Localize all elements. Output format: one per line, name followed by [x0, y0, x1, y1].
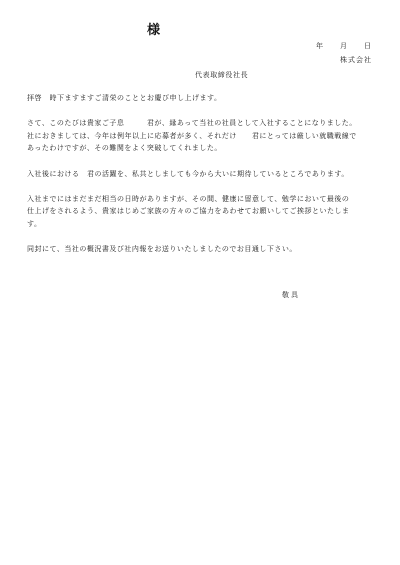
paragraph-request: 入社までにはまだまだ相当の日時がありますが、その間、健康に留意して、勉学において… [27, 193, 379, 230]
paragraph-enclosure: 同封にて、当社の概況書及び社内報をお送りいたしましたのでお目通し下さい。 [27, 243, 379, 255]
letter-page: 様 年 月 日 株式会社 代表取締役社長 拝啓 時下ますますご清栄のこととお慶び… [0, 0, 400, 565]
letter-line: 仕上げをされるよう、貴家はじめご家族の方々のご協力をあわせてお願いしてご挨拶とい… [27, 205, 379, 217]
letter-line: あったわけですが、その難関をよく突破してくれました。 [27, 142, 379, 154]
paragraph-expectation: 入社後における 君の活躍を、私共としましても今から大いに期待しているところであり… [27, 168, 379, 180]
letter-line: 社におきましては、今年は例年以上に応募者が多く、それだけ 君にとっては厳しい就職… [27, 130, 379, 142]
company-name: 株式会社 [340, 55, 372, 65]
letter-body: 拝啓 時下ますますご清栄のこととお慶び申し上げます。 さて、このたびは貴家ご子息… [27, 92, 379, 301]
letter-line: す。 [27, 218, 379, 230]
recipient-honorific: 様 [147, 19, 161, 38]
letter-line: さて、このたびは貴家ご子息 君が、縁あって当社の社員として入社することになりまし… [27, 117, 379, 129]
closing-word: 敬具 [27, 289, 300, 301]
sender-title: 代表取締役社長 [195, 70, 248, 80]
letter-line: 入社までにはまだまだ相当の日時がありますが、その間、健康に留意して、勉学において… [27, 193, 379, 205]
paragraph-greeting: 拝啓 時下ますますご清栄のこととお慶び申し上げます。 [27, 92, 379, 104]
letter-line: 入社後における 君の活躍を、私共としましても今から大いに期待しているところであり… [27, 168, 379, 180]
date-line: 年 月 日 [316, 41, 372, 51]
paragraph-announcement: さて、このたびは貴家ご子息 君が、縁あって当社の社員として入社することになりまし… [27, 117, 379, 154]
letter-line: 拝啓 時下ますますご清栄のこととお慶び申し上げます。 [27, 92, 379, 104]
letter-line: 同封にて、当社の概況書及び社内報をお送りいたしましたのでお目通し下さい。 [27, 243, 379, 255]
